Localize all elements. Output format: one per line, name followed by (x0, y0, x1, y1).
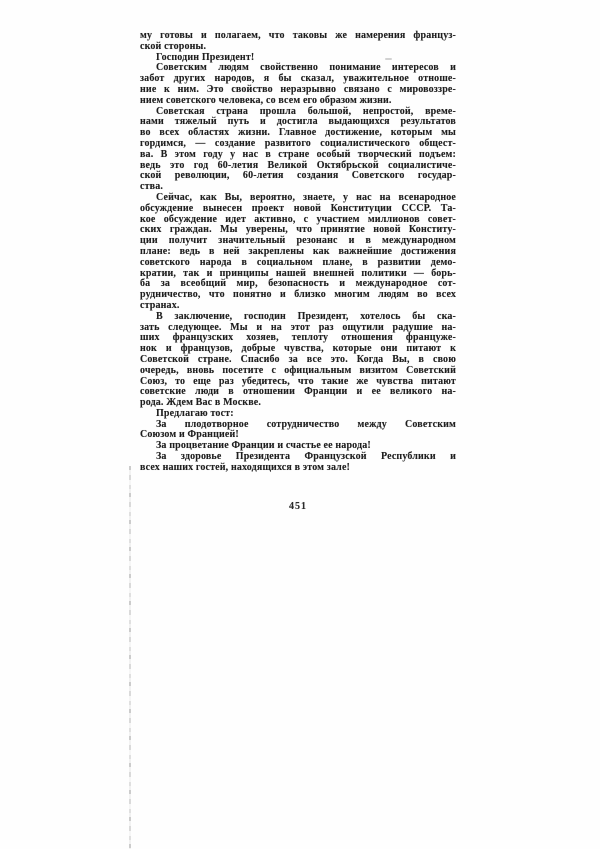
text-line: всех наших гостей, находящихся в этом за… (140, 463, 456, 474)
text-line: обсуждение вынесен проект новой Конститу… (140, 204, 456, 215)
page-number: 451 (140, 501, 456, 512)
body-text: му готовы и полагаем, что таковы же наме… (140, 31, 456, 474)
text-line: советского народа в социальном плане, в … (140, 258, 456, 269)
page-fold-line (129, 466, 131, 849)
text-line: ва. В этом году у нас в стране особый тв… (140, 150, 456, 161)
scan-speck (385, 58, 392, 60)
text-line: очередь, вновь посетите с официальным ви… (140, 366, 456, 377)
text-line: ской революции, 60-летия создания Советс… (140, 171, 456, 182)
text-line: нием советского человека, со всем его об… (140, 96, 456, 107)
book-page: му готовы и полагаем, что таковы же наме… (0, 0, 600, 849)
text-line: В заключение, господин Президент, хотело… (140, 312, 456, 323)
text-line: ской стороны. (140, 42, 456, 53)
text-line: рудничество, что понятно и близко многим… (140, 290, 456, 301)
